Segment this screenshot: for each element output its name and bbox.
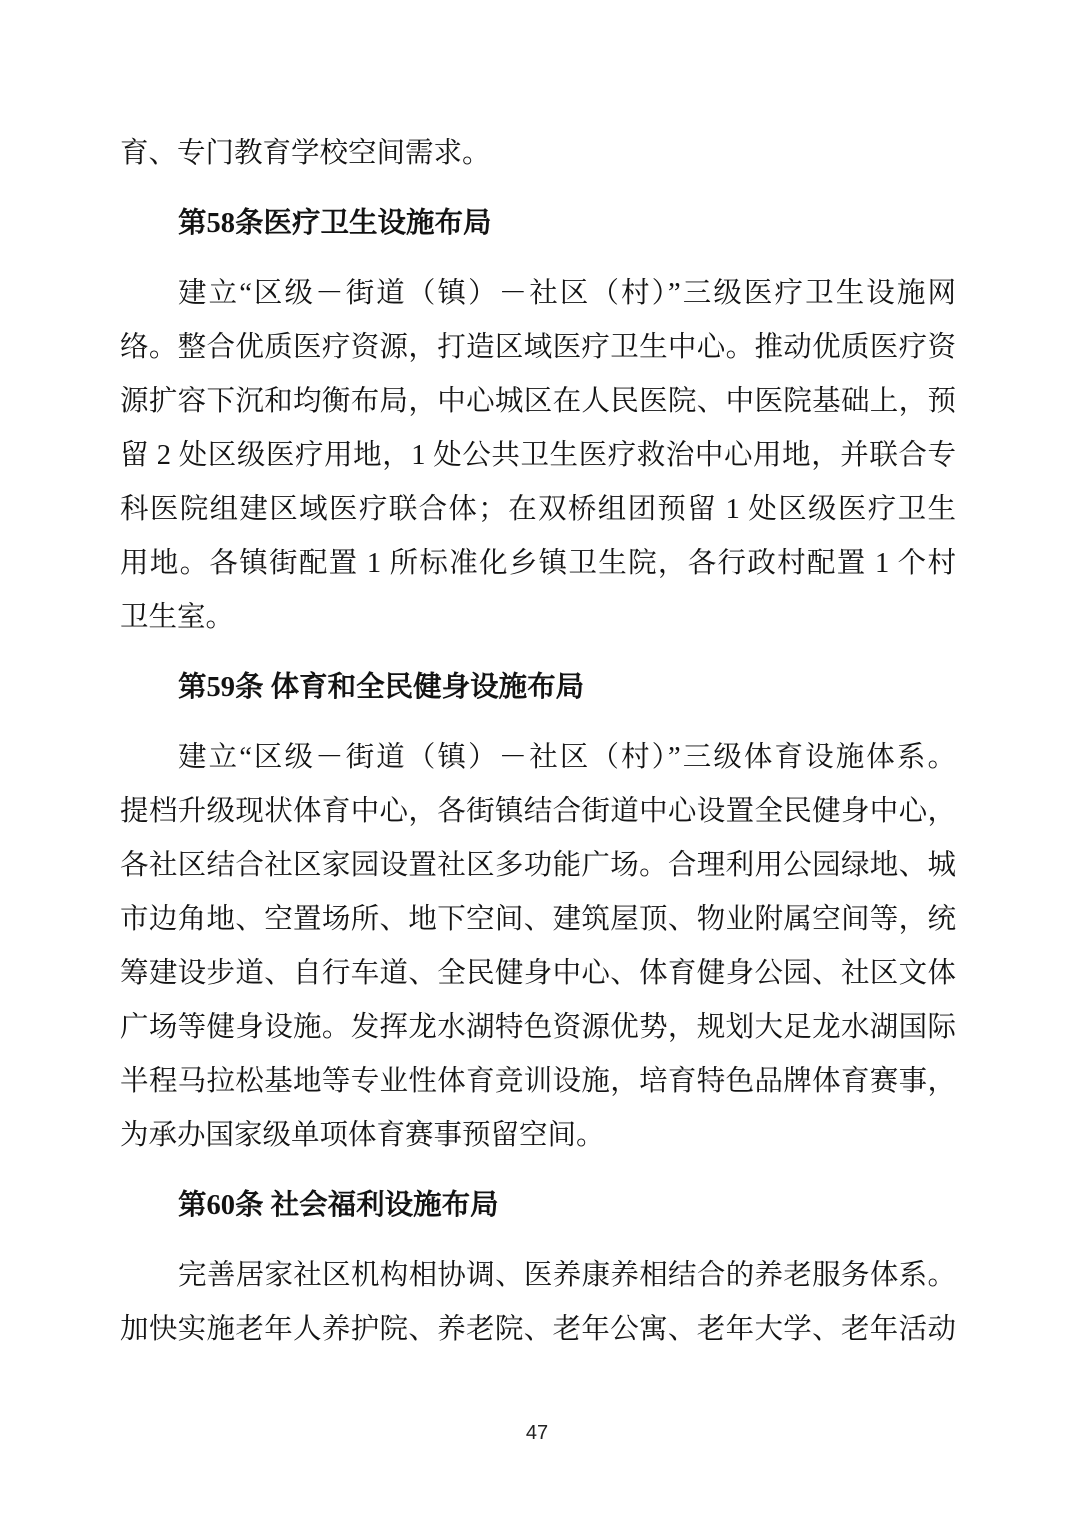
page-number: 47 [0,1422,1074,1445]
article-heading: 第58条医疗卫生设施布局 [120,197,956,251]
text-line: 提档升级现状体育中心，各街镇结合街道中心设置全民健身中心， [120,785,956,839]
article-heading: 第59条 体育和全民健身设施布局 [120,661,956,715]
text-line: 留 2 处区级医疗用地，1 处公共卫生医疗救治中心用地，并联合专 [120,429,956,483]
text-line: 为承办国家级单项体育赛事预留空间。 [120,1109,956,1163]
document-page: { "page": { "number": "47", "background_… [0,0,1074,1520]
text-line: 络。整合优质医疗资源，打造区域医疗卫生中心。推动优质医疗资 [120,321,956,375]
text-line: 加快实施老年人养护院、养老院、老年公寓、老年大学、老年活动 [120,1303,956,1357]
text-line: 卫生室。 [120,591,956,645]
text-line: 半程马拉松基地等专业性体育竞训设施，培育特色品牌体育赛事， [120,1055,956,1109]
text-line: 筹建设步道、自行车道、全民健身中心、体育健身公园、社区文体 [120,947,956,1001]
article-heading: 第60条 社会福利设施布局 [120,1179,956,1233]
text-line: 广场等健身设施。发挥龙水湖特色资源优势，规划大足龙水湖国际 [120,1001,956,1055]
text-line: 各社区结合社区家园设置社区多功能广场。合理利用公园绿地、城 [120,839,956,893]
text-line: 建立“区级－街道（镇）－社区（村）”三级体育设施体系。 [120,731,956,785]
text-line: 源扩容下沉和均衡布局，中心城区在人民医院、中医院基础上，预 [120,375,956,429]
document-body: 育、专门教育学校空间需求。第58条医疗卫生设施布局建立“区级－街道（镇）－社区（… [120,127,956,1357]
text-line: 市边角地、空置场所、地下空间、建筑屋顶、物业附属空间等，统 [120,893,956,947]
text-line: 用地。各镇街配置 1 所标准化乡镇卫生院，各行政村配置 1 个村 [120,537,956,591]
text-line: 建立“区级－街道（镇）－社区（村）”三级医疗卫生设施网 [120,267,956,321]
text-line: 科医院组建区域医疗联合体；在双桥组团预留 1 处区级医疗卫生 [120,483,956,537]
text-line: 完善居家社区机构相协调、医养康养相结合的养老服务体系。 [120,1249,956,1303]
text-line: 育、专门教育学校空间需求。 [120,127,956,181]
